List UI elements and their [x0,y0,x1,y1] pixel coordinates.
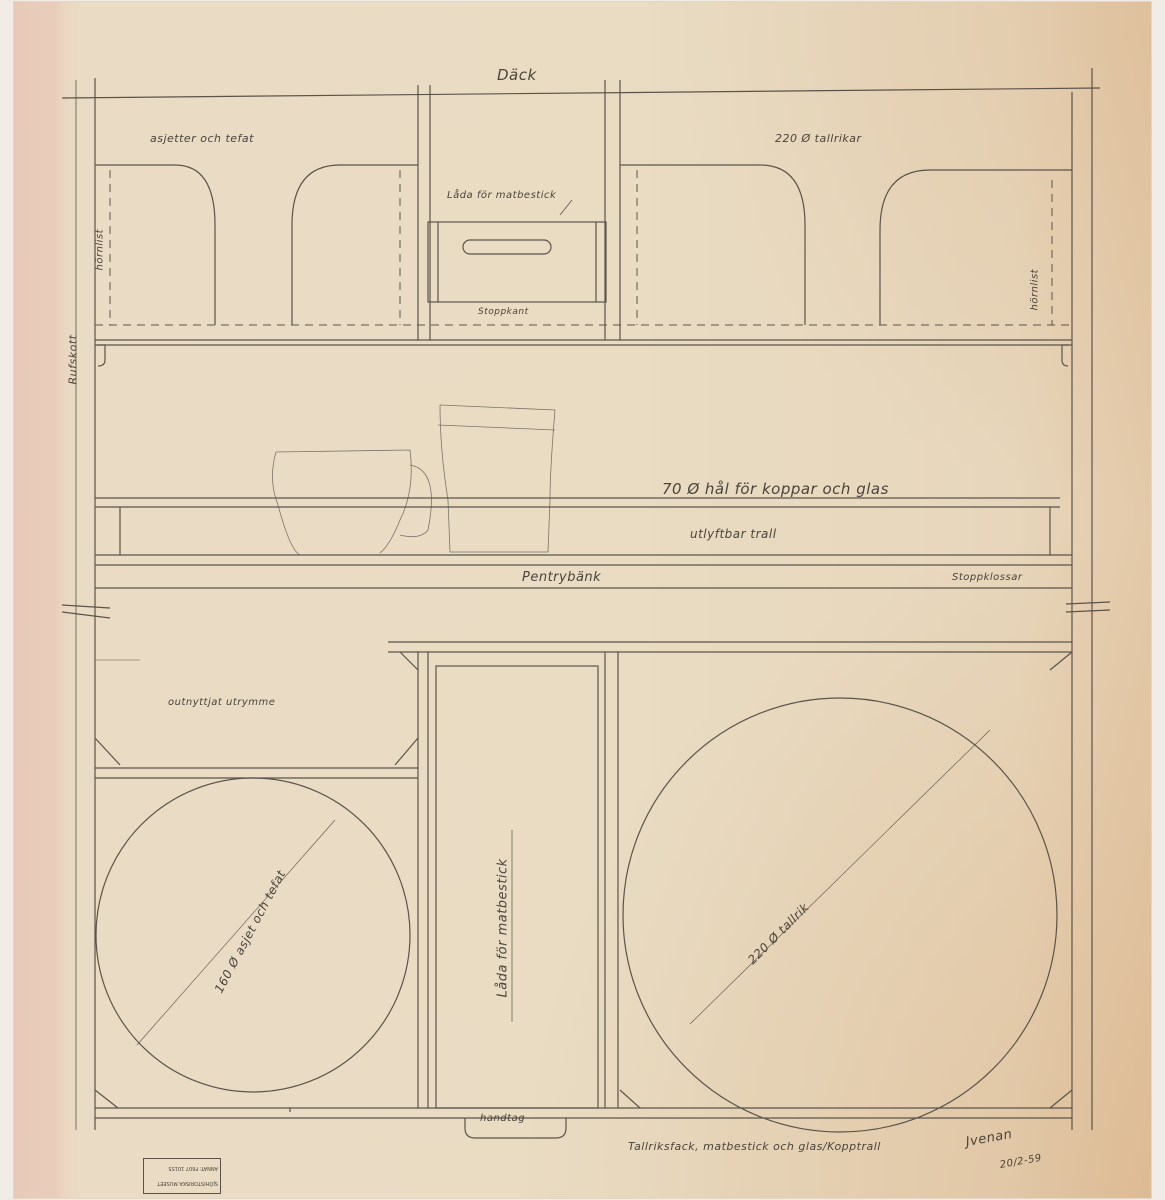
label-upper-right-shelf: 220 Ø tallrikar [775,132,862,145]
label-liftable-tray: utlyftbar trall [690,527,777,541]
deck-line [62,88,1100,98]
label-stop-edge: Stoppkant [478,307,529,317]
label-cutlery-drawer-front: Låda för matbestick [496,858,511,997]
pantry-cabinet-drawing [0,0,1165,1200]
drawing-title: Tallriksfack, matbestick och glas/Kopptr… [628,1140,881,1153]
label-corner-strip-left: hörnlist [95,229,106,271]
label-corner-strip-right: hörnlist [1030,269,1041,311]
label-bulkhead: Rufskott [67,335,80,385]
label-unused-space: outnyttjat utrymme [168,697,275,708]
label-handle: handtag [480,1113,525,1124]
stamp-line-2: ANNAT: F607 10155 [146,1166,218,1172]
label-cutlery-drawer-top: Låda för matbestick [447,190,556,201]
label-upper-left-shelf: asjetter och tefat [150,132,254,145]
museum-stamp: SJÖHISTORISKA MUSEET ANNAT: F607 10155 [143,1158,221,1194]
label-cup-holes: 70 Ø hål för koppar och glas [662,480,889,498]
stamp-line-1: SJÖHISTORISKA MUSEET [146,1181,218,1187]
label-deck: Däck [497,66,537,84]
label-stop-blocks: Stoppklossar [952,572,1022,583]
label-pantry-counter: Pentrybänk [522,570,601,585]
